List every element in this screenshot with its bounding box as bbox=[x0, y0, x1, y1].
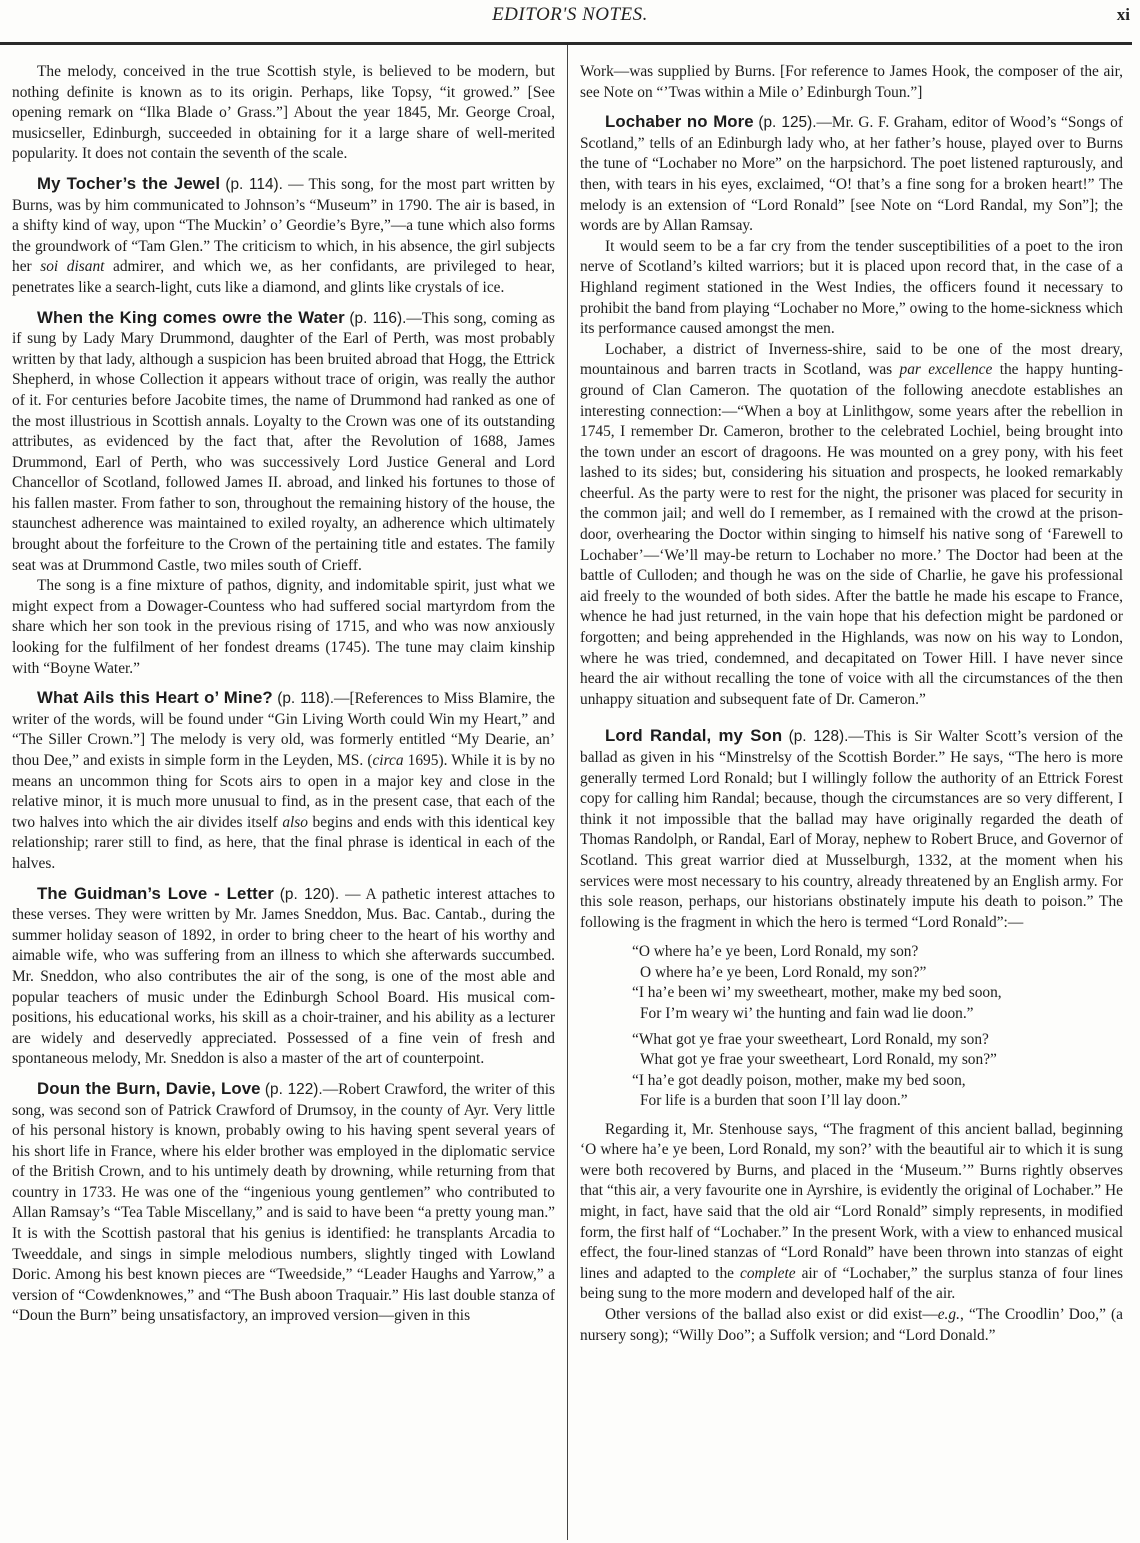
entry-dash: — bbox=[848, 728, 863, 745]
entry-paragraph: The song is a fine mixture of pathos, di… bbox=[12, 576, 555, 679]
entry-page-ref: (p. 116). bbox=[349, 310, 406, 327]
running-head: EDITOR'S NOTES. xi bbox=[0, 0, 1140, 40]
entry-dash: — bbox=[334, 690, 349, 707]
entry-body: A pathetic interest attaches to these ve… bbox=[12, 886, 555, 1068]
verse-line: For life is a burden that soon I’ll lay … bbox=[632, 1091, 1123, 1111]
entry-dash: — bbox=[817, 114, 832, 131]
right-column: Work—was supplied by Burns. [For referen… bbox=[580, 62, 1123, 1355]
verse-line: “O where ha’e ye been, Lord Ronald, my s… bbox=[632, 942, 1123, 962]
entry-title: Lochaber no More bbox=[605, 112, 754, 131]
entry-my-tochers-the-jewel: My Tocher’s the Jewel (p. 114). — This s… bbox=[12, 174, 555, 299]
page-number: xi bbox=[1117, 5, 1130, 25]
ballad-verse: “O where ha’e ye been, Lord Ronald, my s… bbox=[632, 942, 1123, 1111]
entry-doun-the-burn-davie-love: Doun the Burn, Davie, Love (p. 122).—Rob… bbox=[12, 1079, 555, 1327]
entry-dash: — bbox=[339, 886, 365, 903]
header-rule bbox=[0, 42, 1132, 45]
entry-when-the-king-comes-owre-the-water: When the King comes owre the Water (p. 1… bbox=[12, 308, 555, 577]
entry-title: When the King comes owre the Water bbox=[37, 308, 345, 327]
entry-page-ref: (p. 120). bbox=[280, 886, 339, 903]
entry-body: Robert Crawford, the writer of this song… bbox=[12, 1081, 555, 1325]
left-column: The melody, conceived in the true Scotti… bbox=[12, 62, 555, 1336]
entry-body-italic: circa bbox=[372, 752, 403, 769]
entry-paragraph: Lochaber, a district of Inverness-shire,… bbox=[580, 340, 1123, 711]
entry-body: This is Sir Walter Scott’s version of th… bbox=[580, 728, 1123, 930]
running-title: EDITOR'S NOTES. bbox=[0, 4, 1140, 26]
paragraph-text: Other versions of the ballad also exist … bbox=[605, 1306, 938, 1323]
entry-dash: — bbox=[406, 310, 421, 327]
verse-line: “What got ye frae your sweetheart, Lord … bbox=[632, 1030, 1123, 1050]
verse-line: O where ha’e ye been, Lord Ronald, my so… bbox=[632, 963, 1123, 983]
entry-paragraph: Other versions of the ballad also exist … bbox=[580, 1305, 1123, 1346]
entry-title: The Guidman’s Love - Letter bbox=[37, 884, 274, 903]
entry-paragraph: It would seem to be a far cry from the t… bbox=[580, 237, 1123, 340]
entry-page-ref: (p. 118). bbox=[277, 690, 334, 707]
verse-line: For I’m weary wi’ the hunting and fain w… bbox=[632, 1004, 1123, 1024]
verse-stanza: “O where ha’e ye been, Lord Ronald, my s… bbox=[632, 942, 1123, 1024]
entry-title: Doun the Burn, Davie, Love bbox=[37, 1079, 261, 1098]
entry-title: Lord Randal, my Son bbox=[605, 726, 782, 745]
entry-title: My Tocher’s the Jewel bbox=[37, 174, 220, 193]
paragraph-italic: complete bbox=[740, 1265, 796, 1282]
entry-lord-randal-my-son: Lord Randal, my Son (p. 128).—This is Si… bbox=[580, 726, 1123, 933]
paragraph-text: Regarding it, Mr. Stenhouse says, “The f… bbox=[580, 1121, 1123, 1282]
entry-lochaber-no-more: Lochaber no More (p. 125).—Mr. G. F. Gra… bbox=[580, 112, 1123, 237]
continuation-paragraph: Work—was supplied by Burns. [For referen… bbox=[580, 62, 1123, 103]
entry-dash: — bbox=[323, 1081, 338, 1098]
paragraph-text-continued: the happy hunting-ground of Clan Cameron… bbox=[580, 361, 1123, 708]
entry-paragraph: Regarding it, Mr. Stenhouse says, “The f… bbox=[580, 1120, 1123, 1305]
verse-line: “I ha’e got deadly poison, mother, make … bbox=[632, 1071, 1123, 1091]
paragraph-italic: e.g. bbox=[938, 1306, 960, 1323]
entry-body-italic: also bbox=[282, 814, 308, 831]
verse-stanza: “What got ye frae your sweetheart, Lord … bbox=[632, 1030, 1123, 1112]
entry-page-ref: (p. 128). bbox=[789, 728, 849, 745]
entry-body: Mr. G. F. Graham, editor of Wood’s “Song… bbox=[580, 114, 1123, 234]
entry-body-italic: soi disant bbox=[40, 258, 104, 275]
entry-page-ref: (p. 122). bbox=[265, 1081, 323, 1098]
verse-line: What got ye frae your sweetheart, Lord R… bbox=[632, 1050, 1123, 1070]
intro-paragraph: The melody, conceived in the true Scotti… bbox=[12, 62, 555, 165]
entry-dash: — bbox=[283, 176, 309, 193]
column-divider bbox=[567, 45, 568, 1540]
book-page: EDITOR'S NOTES. xi The melody, conceived… bbox=[0, 0, 1140, 1543]
entry-what-ails-this-heart: What Ails this Heart o’ Mine? (p. 118).—… bbox=[12, 688, 555, 874]
paragraph-italic: par excellence bbox=[900, 361, 993, 378]
entry-title: What Ails this Heart o’ Mine? bbox=[37, 688, 273, 707]
entry-page-ref: (p. 125). bbox=[758, 114, 816, 131]
entry-body: This song, coming as if sung by Lady Mar… bbox=[12, 310, 555, 574]
entry-guidmans-love-letter: The Guidman’s Love - Letter (p. 120). — … bbox=[12, 884, 555, 1070]
entry-page-ref: (p. 114). bbox=[225, 176, 283, 193]
verse-line: “I ha’e been wi’ my sweetheart, mother, … bbox=[632, 983, 1123, 1003]
